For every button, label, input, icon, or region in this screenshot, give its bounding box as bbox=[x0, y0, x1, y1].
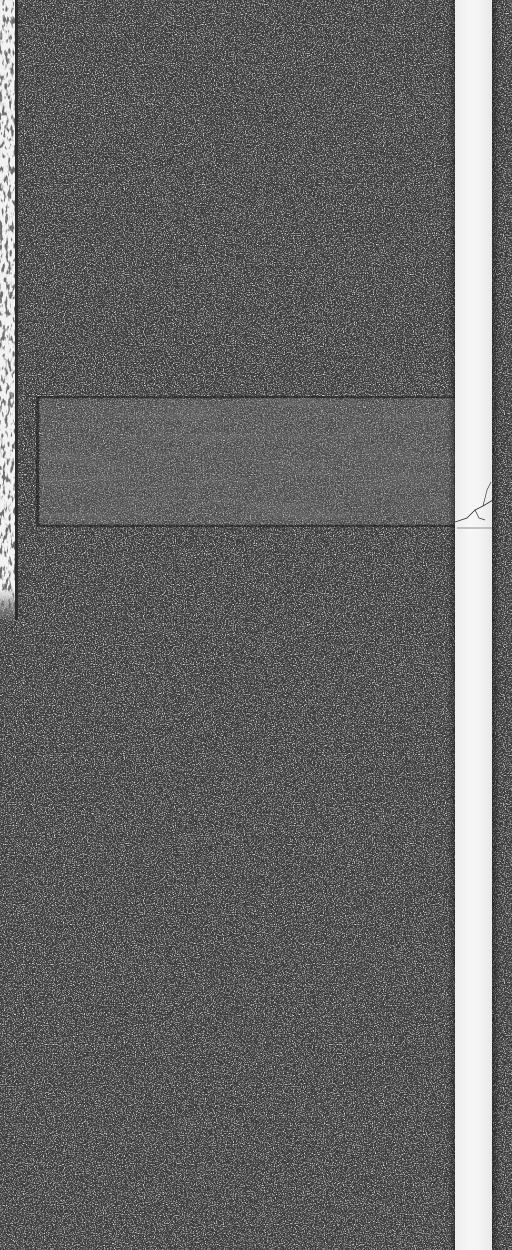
right-lane-line bbox=[455, 0, 492, 1250]
road-surface-scene bbox=[0, 0, 512, 1250]
left-edge-line-wear bbox=[0, 0, 18, 620]
lane-line-cracks bbox=[455, 470, 495, 530]
asphalt-texture bbox=[0, 0, 512, 1250]
repair-patch bbox=[40, 398, 455, 525]
right-lane-line-edge-shadow bbox=[492, 0, 500, 1250]
